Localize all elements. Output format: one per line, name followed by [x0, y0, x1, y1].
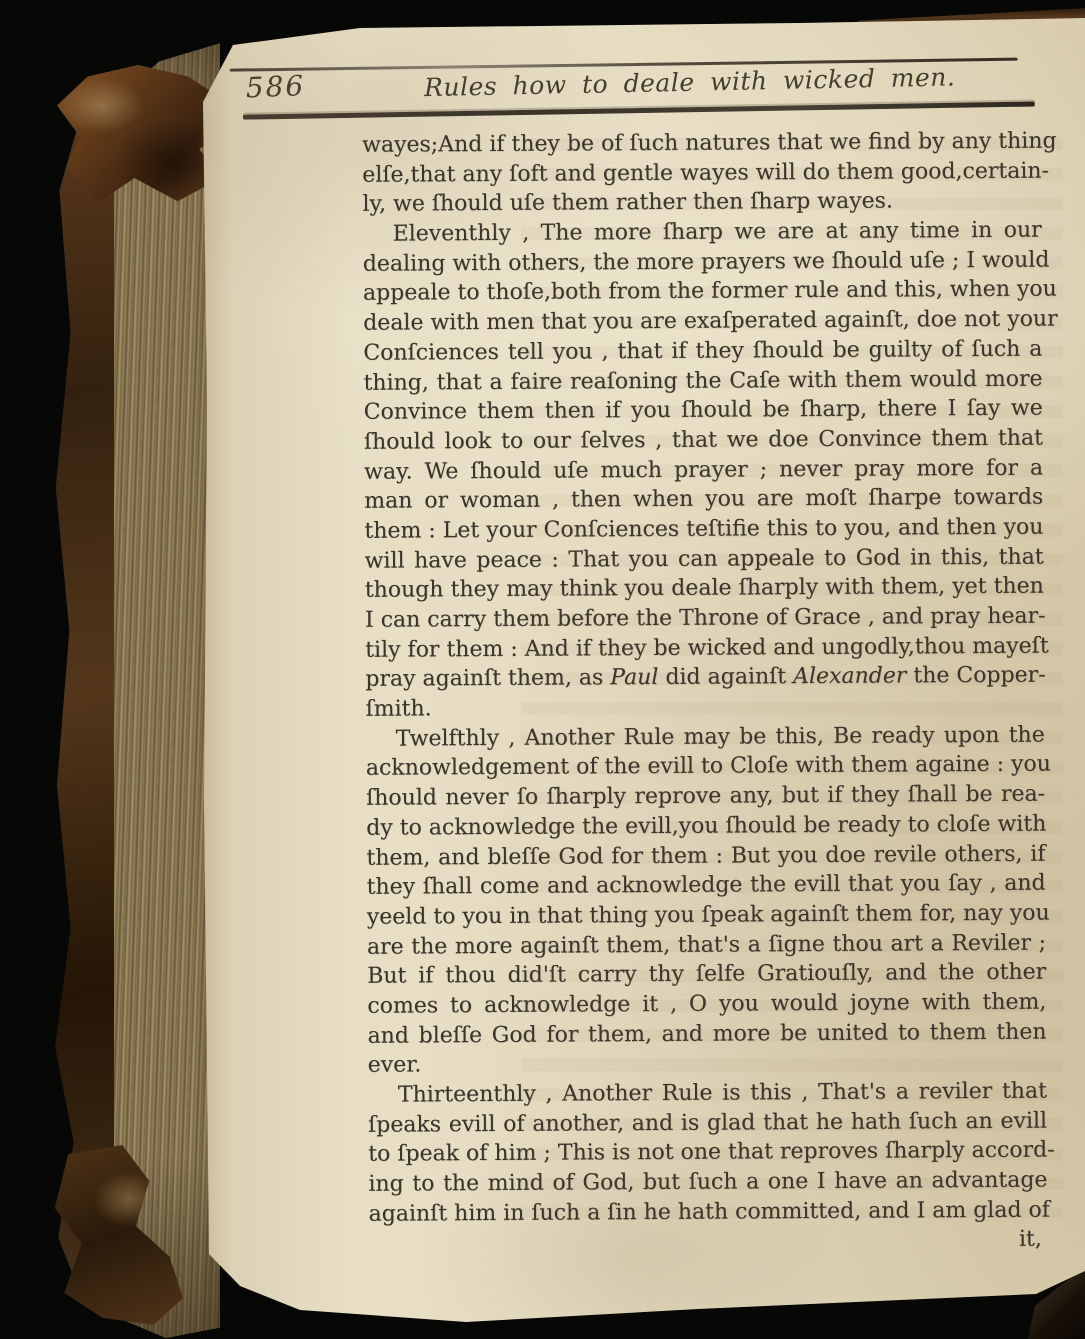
text-line: them, and bleſſe God for them : But you …: [366, 839, 1045, 873]
text-line: dy to acknowledge the evill,you ſhould b…: [366, 809, 1045, 843]
text-line: wayes;And if they be of ſuch natures tha…: [362, 127, 1041, 161]
text-line: Eleventhly , The more ſharp we are at an…: [363, 216, 1042, 250]
text-line: But if thou did'ſt carry thy ſelfe Grati…: [367, 958, 1046, 992]
text-line: thing, that a faire reaſoning the Caſe w…: [363, 364, 1042, 398]
catchword: it,: [369, 1225, 1048, 1259]
text-line: ſhould never ſo ſharply reprove any, but…: [366, 780, 1045, 814]
text-line: ſmith.: [365, 691, 1044, 725]
text-line: Convince them then if you ſhould be ſhar…: [364, 394, 1043, 428]
text-line: ſpeaks evill of another, and is glad tha…: [368, 1106, 1047, 1140]
text-line: Thirteenthly , Another Rule is this , Th…: [368, 1077, 1047, 1111]
text-line: comes to acknowledge it , O you would jo…: [367, 988, 1046, 1022]
text-line: them : Let your Conſciences teſtifie thi…: [364, 513, 1043, 547]
text-line: will have peace : That you can appeale t…: [365, 542, 1044, 576]
leather-binding-left: [52, 95, 114, 1285]
text-line: tily for them : And if they be wicked an…: [365, 631, 1044, 665]
header-rule-bottom: [243, 102, 1035, 120]
page-number: 586: [245, 69, 306, 104]
scan-background: { "document": { "page_number": "586", "r…: [0, 0, 1085, 1339]
text-line: they ſhall come and acknowledge the evil…: [367, 869, 1046, 903]
text-line: to ſpeak of him ; This is not one that r…: [368, 1136, 1047, 1170]
text-line: ly, we ſhould uſe them rather then ſharp…: [362, 186, 1041, 220]
text-line: acknowledgement of the evill to Cloſe wi…: [366, 750, 1045, 784]
text-line: ing to the mind of God, but ſuch a one I…: [368, 1166, 1047, 1200]
text-line: deale with men that you are exaſperated …: [363, 305, 1042, 339]
text-line: man or woman , then when you are moſt ſh…: [364, 483, 1043, 517]
body-text: wayes;And if they be of ſuch natures tha…: [362, 127, 1048, 1259]
text-line: appeale to thoſe,both from the former ru…: [363, 275, 1042, 309]
text-line: I can carry them before the Throne of Gr…: [365, 602, 1044, 636]
text-line: and bleſſe God for them, and more be uni…: [367, 1017, 1046, 1051]
text-line: againſt him in ſuch a ſin he hath commit…: [369, 1195, 1048, 1229]
text-line: Twelfthly , Another Rule may be this, Be…: [366, 720, 1045, 754]
text-line: elſe,that any ſoft and gentle wayes will…: [362, 156, 1041, 190]
text-line: are the more againſt them, that's a ſign…: [367, 928, 1046, 962]
text-line: way. We ſhould uſe much prayer ; never p…: [364, 453, 1043, 487]
text-line: yeeld to you in that thing you ſpeak aga…: [367, 898, 1046, 932]
text-line: pray againſt them, as Paul did againſt A…: [365, 661, 1044, 695]
text-line: Conſciences tell you , that if they ſhou…: [363, 334, 1042, 368]
text-line: ever.: [368, 1047, 1047, 1081]
text-line: dealing with others, the more prayers we…: [363, 245, 1042, 279]
text-line: though they may think you deale ſharply …: [365, 572, 1044, 606]
text-line: ſhould look to our ſelves , that we doe …: [364, 423, 1043, 457]
